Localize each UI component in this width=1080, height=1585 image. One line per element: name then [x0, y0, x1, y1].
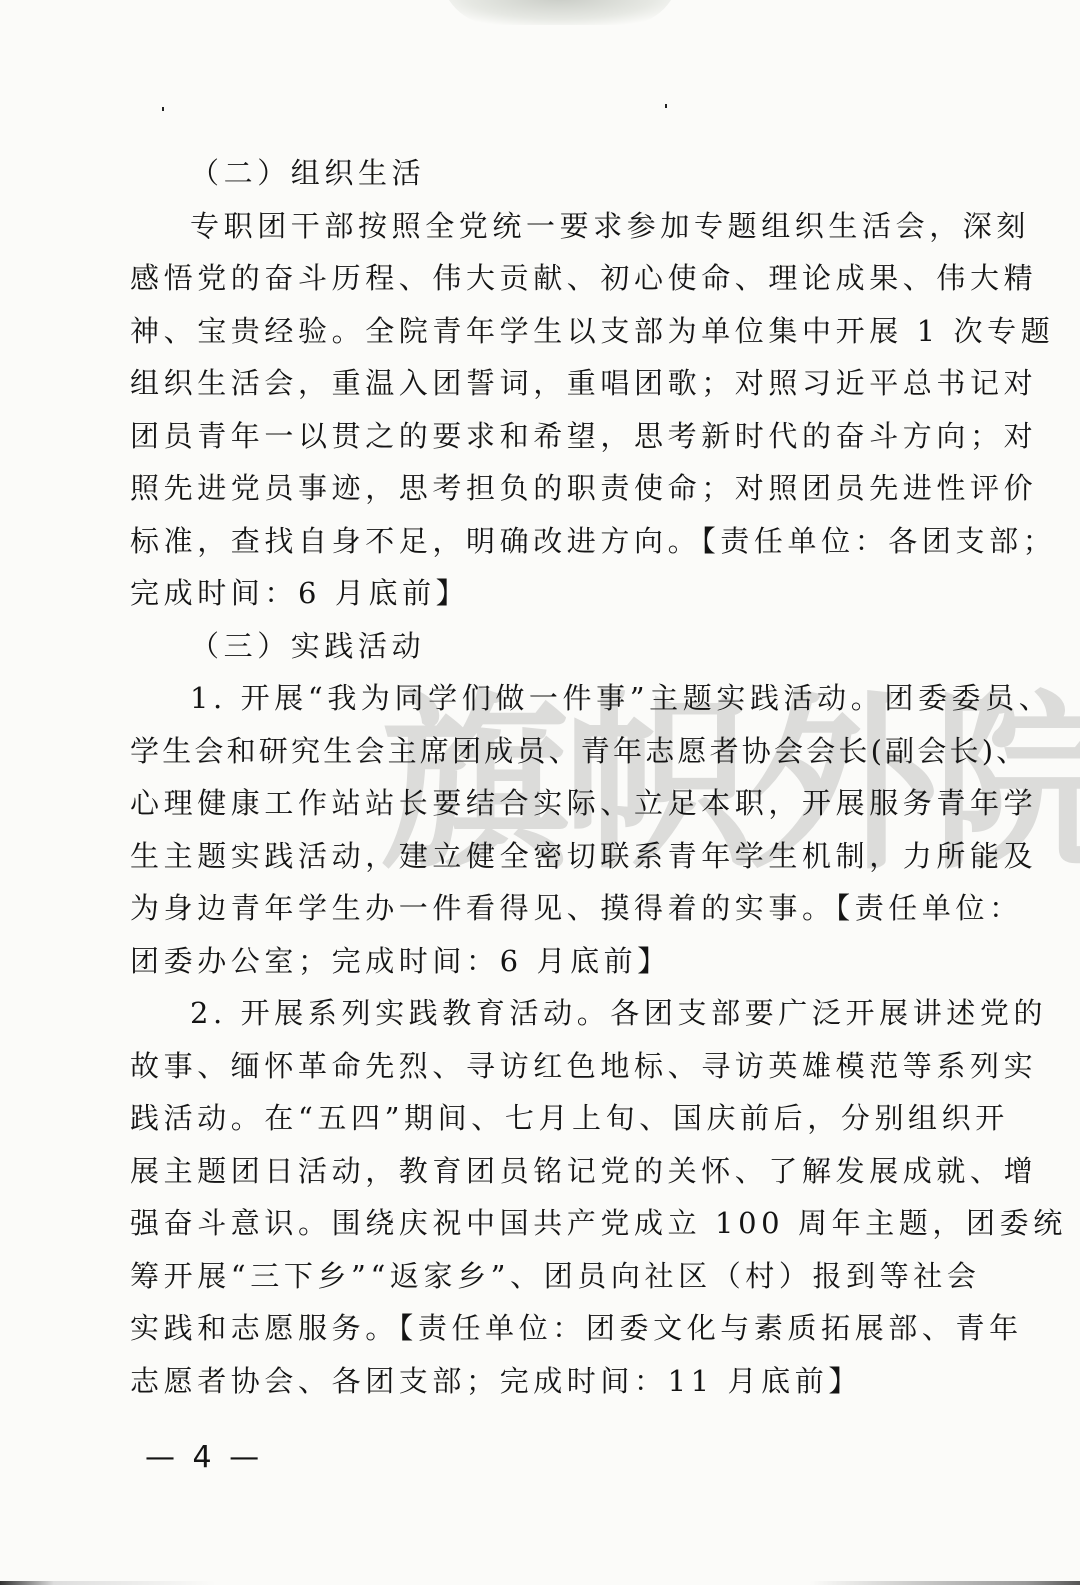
paragraph-line: 志愿者协会、各团支部；完成时间：11 月底前】: [130, 1355, 945, 1408]
paragraph-line: 强奋斗意识。围绕庆祝中国共产党成立 100 周年主题，团委统: [130, 1197, 945, 1250]
paragraph-line: 心理健康工作站站长要结合实际、立足本职，开展服务青年学: [130, 777, 945, 830]
paragraph-line: 筹开展“三下乡”“返家乡”、团员向社区（村）报到等社会: [130, 1250, 945, 1303]
scan-speck: [665, 104, 667, 108]
paragraph-line: 神、宝贵经验。全院青年学生以支部为单位集中开展 1 次专题: [130, 305, 945, 358]
scan-edge: [0, 1581, 1080, 1585]
page-number: — 4 —: [145, 1440, 263, 1475]
scan-speck: [162, 107, 164, 111]
paragraph-line: 组织生活会，重温入团誓词，重唱团歌；对照习近平总书记对: [130, 357, 945, 410]
section-heading-practice-activities: （三）实践活动: [130, 620, 945, 673]
paragraph-line: 展主题团日活动，教育团员铭记党的关怀、了解发展成就、增: [130, 1145, 945, 1198]
paragraph-line: 完成时间：6 月底前】: [130, 567, 945, 620]
paragraph-line: 实践和志愿服务。【责任单位：团委文化与素质拓展部、青年: [130, 1302, 945, 1355]
paragraph-line: 团员青年一以贯之的要求和希望，思考新时代的奋斗方向；对: [130, 410, 945, 463]
scan-shadow: [440, 0, 680, 25]
paragraph-line: 1. 开展“我为同学们做一件事”主题实践活动。团委委员、: [130, 672, 945, 725]
section-heading-organization-life: （二）组织生活: [130, 147, 945, 200]
paragraph-line: 生主题实践活动，建立健全密切联系青年学生机制，力所能及: [130, 830, 945, 883]
paragraph-line: 感悟党的奋斗历程、伟大贡献、初心使命、理论成果、伟大精: [130, 252, 945, 305]
paragraph-line: 照先进党员事迹，思考担负的职责使命；对照团员先进性评价: [130, 462, 945, 515]
paragraph-line: 践活动。在“五四”期间、七月上旬、国庆前后，分别组织开: [130, 1092, 945, 1145]
paragraph-line: 故事、缅怀革命先烈、寻访红色地标、寻访英雄模范等系列实: [130, 1040, 945, 1093]
paragraph-line: 2. 开展系列实践教育活动。各团支部要广泛开展讲述党的: [130, 987, 945, 1040]
paragraph-line: 为身边青年学生办一件看得见、摸得着的实事。【责任单位：: [130, 882, 945, 935]
paragraph-line: 学生会和研究生会主席团成员、青年志愿者协会会长(副会长)、: [130, 725, 945, 778]
paragraph-line: 专职团干部按照全党统一要求参加专题组织生活会，深刻: [130, 200, 945, 253]
paragraph-line: 团委办公室；完成时间：6 月底前】: [130, 935, 945, 988]
document-body: （二）组织生活 专职团干部按照全党统一要求参加专题组织生活会，深刻 感悟党的奋斗…: [130, 147, 945, 1407]
paragraph-line: 标准，查找自身不足，明确改进方向。【责任单位：各团支部；: [130, 515, 945, 568]
